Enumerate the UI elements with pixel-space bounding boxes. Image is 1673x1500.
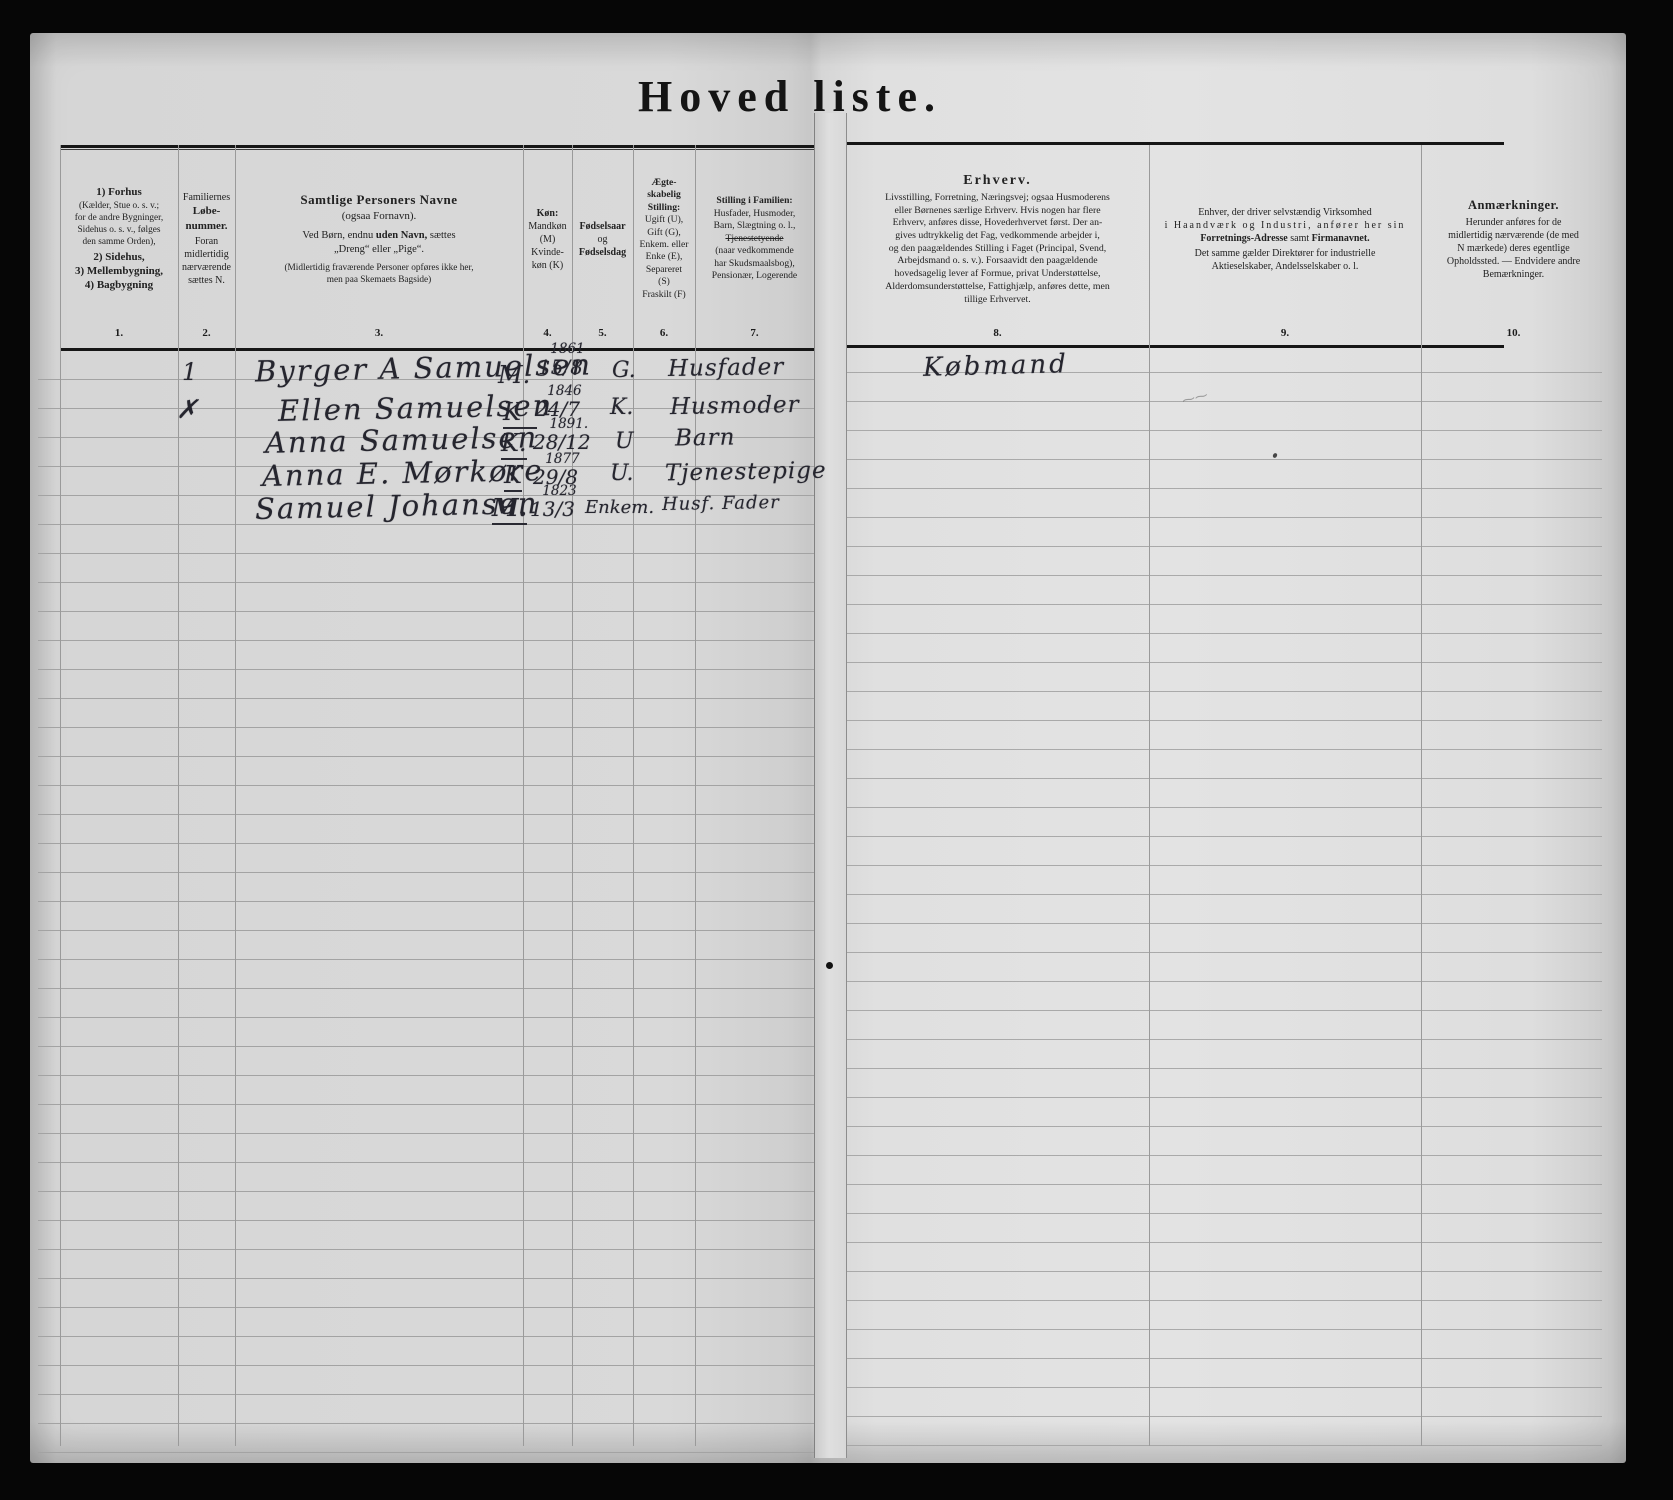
cell-occupation: Købmand [923, 349, 1070, 383]
ink-speck [826, 962, 833, 969]
cell-marital-status: U [615, 429, 634, 454]
cell-family-position: Husf. Fader [662, 492, 780, 515]
cell-marital-status: K. [610, 395, 633, 420]
cell-family-number: 1 [182, 358, 197, 386]
cell-family-number: ✗ [176, 395, 198, 425]
cell-family-position: Husfader [668, 354, 785, 382]
cell-family-position: Barn [675, 424, 736, 451]
cell-birthdate: 1861 15/8 [538, 343, 583, 377]
cell-birthdate: 1846 24/7 [535, 385, 580, 419]
cell-marital-status: U. [610, 461, 634, 486]
cell-family-position: Husmoder [670, 392, 800, 420]
cell-birthdate: 1823 13/3 [530, 485, 575, 519]
census-form-scan: Hoved liste. 1) Forhus (Kælder, Stue o. … [0, 0, 1673, 1500]
handwritten-entries: 1 Byrger A Samuelsen M. 1861 15/8 G. Hus… [30, 33, 1626, 1463]
cell-birthdate: 1891. 28/12 [533, 418, 591, 452]
cell-sex: M. [498, 361, 530, 389]
ledger-spread: Hoved liste. 1) Forhus (Kælder, Stue o. … [30, 33, 1626, 1463]
cell-family-position: Tjenestepige [665, 458, 827, 487]
cell-sex: M. [492, 493, 527, 525]
cell-birthdate: 1877 29/8 [533, 453, 578, 487]
cell-marital-status: G. [612, 358, 636, 383]
cell-marital-status: Enkem. [585, 497, 654, 518]
